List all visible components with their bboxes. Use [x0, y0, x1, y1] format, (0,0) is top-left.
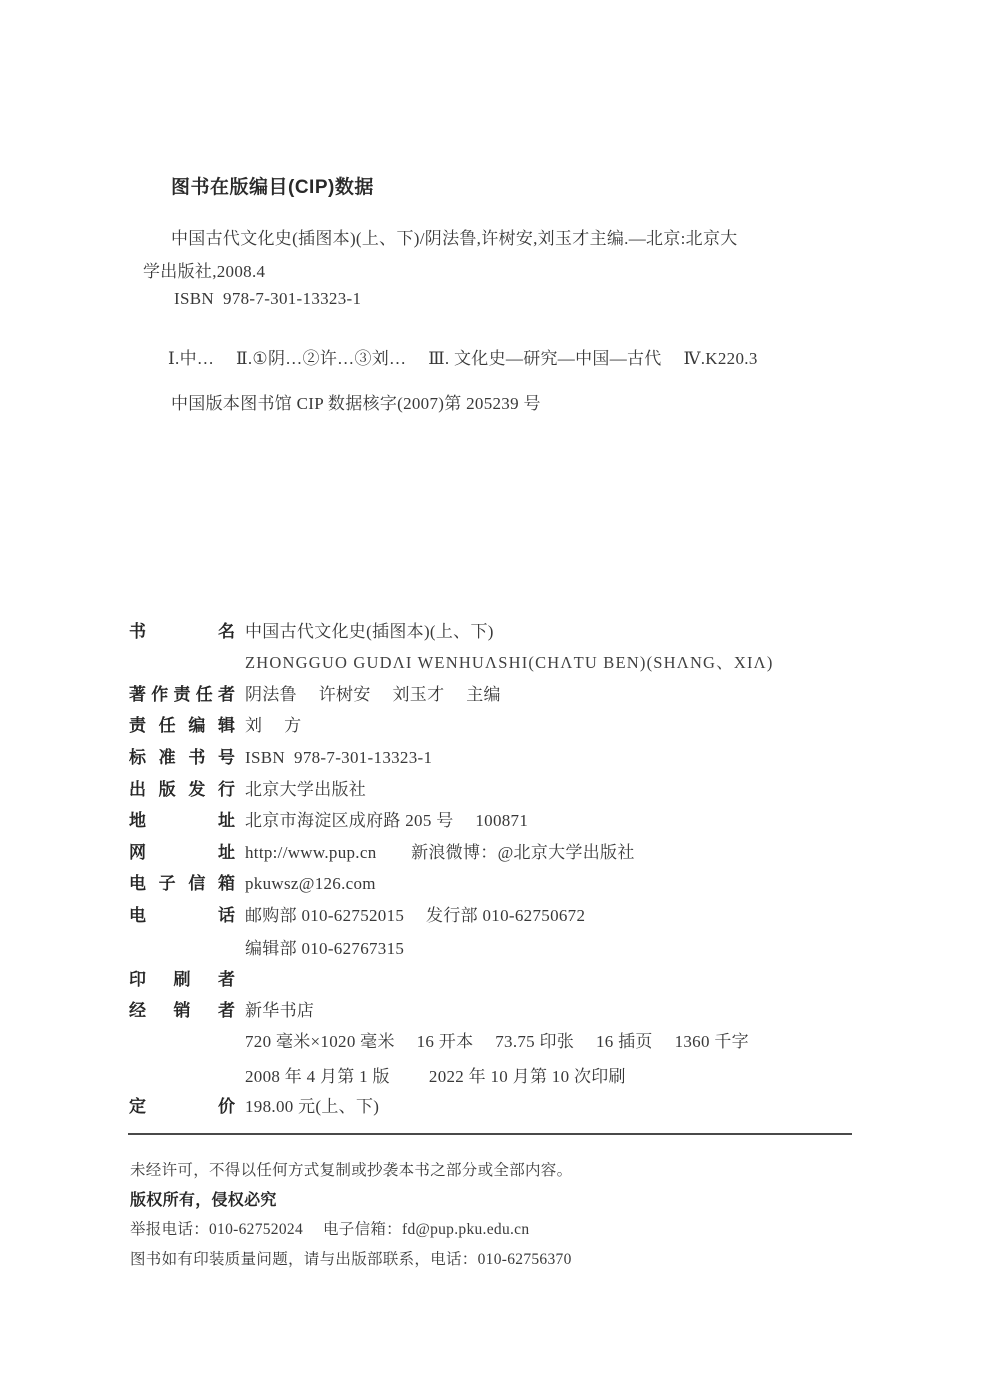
colophon-row-price: 定价 198.00 元(上、下)	[129, 1096, 379, 1118]
row-value: 中国古代文化史(插图本)(上、下)	[245, 621, 494, 643]
row-value: ZHONGGUO GUDΛI WENHUΛSHI(CHΛTU BEN)(SHΛN…	[245, 652, 774, 674]
row-value: 刘 方	[245, 715, 301, 737]
row-value: ISBN 978-7-301-13323-1	[245, 747, 432, 769]
row-label: 著作责任者	[129, 684, 235, 706]
no-copy-notice: 未经许可，不得以任何方式复制或抄袭本书之部分或全部内容。	[130, 1158, 572, 1180]
divider-rule	[128, 1133, 852, 1135]
row-label: 地址	[129, 810, 235, 832]
colophon-row-distributor: 经销者 新华书店	[129, 1000, 314, 1022]
row-value: 198.00 元(上、下)	[245, 1096, 379, 1118]
colophon-row-book-title: 书名 中国古代文化史(插图本)(上、下)	[129, 621, 494, 643]
row-value: http://www.pup.cn 新浪微博：@北京大学出版社	[245, 842, 635, 864]
row-label: 标准书号	[129, 747, 235, 769]
colophon-row-format: 720 毫米×1020 毫米 16 开本 73.75 印张 16 插页 1360…	[129, 1031, 749, 1053]
cip-record-number-line: 中国版本图书馆 CIP 数据核字(2007)第 205239 号	[171, 389, 541, 414]
colophon-row-isbn: 标准书号 ISBN 978-7-301-13323-1	[129, 747, 432, 769]
row-value: 新华书店	[245, 1000, 314, 1022]
copyright-statement: 版权所有，侵权必究	[130, 1187, 277, 1210]
row-value: 720 毫米×1020 毫米 16 开本 73.75 印张 16 插页 1360…	[245, 1031, 749, 1053]
row-label: 书名	[129, 621, 235, 643]
colophon-row-printer: 印刷者	[129, 969, 245, 991]
cip-heading: 图书在版编目(CIP)数据	[171, 172, 374, 199]
colophon-row-phone: 电话 邮购部 010-62752015 发行部 010-62750672	[129, 905, 585, 927]
row-label: 责任编辑	[129, 715, 235, 737]
colophon-row-website: 网址 http://www.pup.cn 新浪微博：@北京大学出版社	[129, 842, 635, 864]
cip-isbn-line: ISBN 978-7-301-13323-1	[174, 289, 361, 309]
row-value: 2008 年 4 月第 1 版 2022 年 10 月第 10 次印刷	[245, 1066, 626, 1088]
row-value: pkuwsz@126.com	[245, 873, 376, 895]
colophon-row-pinyin: ZHONGGUO GUDΛI WENHUΛSHI(CHΛTU BEN)(SHΛN…	[129, 652, 774, 674]
report-contact-line: 举报电话：010-62752024 电子信箱：fd@pup.pku.edu.cn	[130, 1217, 529, 1239]
book-copyright-page: 图书在版编目(CIP)数据 中国古代文化史(插图本)(上、下)/阴法鲁,许树安,…	[0, 0, 1000, 1397]
colophon-row-editor: 责任编辑 刘 方	[129, 715, 301, 737]
row-label: 出版发行	[129, 779, 235, 801]
colophon-row-edition: 2008 年 4 月第 1 版 2022 年 10 月第 10 次印刷	[129, 1066, 626, 1088]
row-label: 电子信箱	[129, 873, 235, 895]
cip-classification-line: Ⅰ.中… Ⅱ.①阴…②许…③刘… Ⅲ. 文化史—研究—中国—古代 Ⅳ.K220.…	[168, 344, 758, 369]
colophon-row-phone-2: 编辑部 010-62767315	[129, 938, 404, 960]
colophon-row-publisher: 出版发行 北京大学出版社	[129, 779, 366, 801]
cip-description-line-1: 中国古代文化史(插图本)(上、下)/阴法鲁,许树安,刘玉才主编.—北京:北京大	[171, 224, 738, 249]
row-label: 印刷者	[129, 969, 235, 991]
row-label: 经销者	[129, 1000, 235, 1022]
cip-description-line-2: 学出版社,2008.4	[143, 257, 265, 282]
row-value: 北京大学出版社	[245, 779, 366, 801]
colophon-row-email: 电子信箱 pkuwsz@126.com	[129, 873, 376, 895]
row-label: 定价	[129, 1096, 235, 1118]
colophon-row-address: 地址 北京市海淀区成府路 205 号 100871	[129, 810, 528, 832]
row-value: 编辑部 010-62767315	[245, 938, 404, 960]
row-label: 电话	[129, 905, 235, 927]
row-value: 北京市海淀区成府路 205 号 100871	[245, 810, 528, 832]
row-value: 邮购部 010-62752015 发行部 010-62750672	[245, 905, 585, 927]
row-value: 阴法鲁 许树安 刘玉才 主编	[245, 684, 501, 706]
colophon-row-authors: 著作责任者 阴法鲁 许树安 刘玉才 主编	[129, 684, 501, 706]
row-label: 网址	[129, 842, 235, 864]
print-quality-notice: 图书如有印装质量问题，请与出版部联系，电话：010-62756370	[130, 1247, 572, 1269]
